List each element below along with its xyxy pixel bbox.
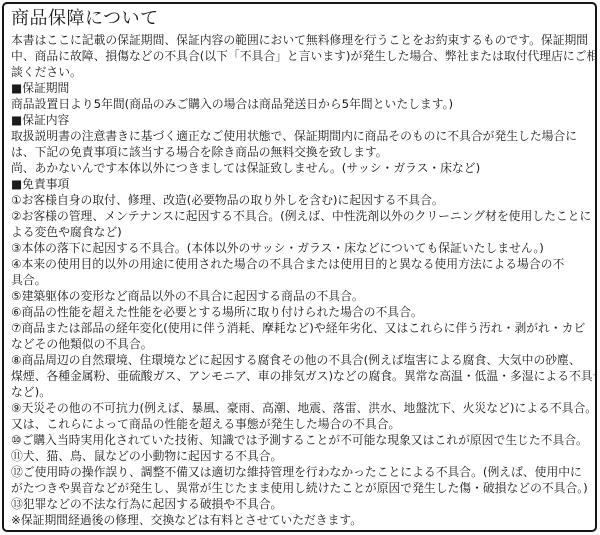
section-line: 煤煙、各種金属粉、亜硫酸ガス、アンモニア、車の排気ガス)などの腐食。異常な高温・… <box>11 368 589 384</box>
section-line: がたつきや異音などが発生し、異常が生じたまま使用し続けたことが原因で発生した傷・… <box>11 480 589 496</box>
intro-line: 中、商品に故障、損傷などの不具合(以下「不具合」と言います)が発生した場合、弊社… <box>11 48 589 64</box>
document-body: 本書はここに記載の保証期間、保証内容の範囲において無料修理を行うことをお約束する… <box>11 32 589 528</box>
section-line: ④本来の使用目的以外の用途に使用された場合の不具合または使用目的と異なる使用方法… <box>11 256 589 272</box>
warranty-document: 商品保障について 本書はここに記載の保証期間、保証内容の範囲において無料修理を行… <box>2 2 597 532</box>
section-line: ①お客様自身の取付、修理、改造(必要物品の取り外しを含む)に起因する不具合。 <box>11 192 589 208</box>
section-line: など)。 <box>11 384 589 400</box>
section-line: 又は、これらによって商品の性能を超える事態が発生した場合の不具合。 <box>11 416 589 432</box>
section-line: は、下記の免責事項に該当する場合を除き商品の無料交換を致します。 <box>11 144 589 160</box>
section-heading: ■保証内容 <box>11 112 589 128</box>
intro-line: 本書はここに記載の保証期間、保証内容の範囲において無料修理を行うことをお約束する… <box>11 32 589 48</box>
section-line: ②お客様の管理、メンテナンスに起因する不具合。(例えば、中性洗剤以外のクリーニン… <box>11 208 589 224</box>
section-line: ⑨天災その他の不可抗力(例えば、暴風、豪雨、高潮、地震、落雷、洪水、地盤沈下、火… <box>11 400 589 416</box>
section-line: 商品設置日より5年間(商品のみご購入の場合は商品発送日から5年間といたします。) <box>11 96 589 112</box>
intro-line: 談ください。 <box>11 64 589 80</box>
document-title: 商品保障について <box>11 7 589 31</box>
footnote-line: ※保証期間経過後の修理、交換などは有料とさせていただきます。 <box>11 512 589 528</box>
section-line: 尚、あかないんです本体以外につきましては保証致しません。(サッシ・ガラス・床など… <box>11 160 589 176</box>
section-line: ⑫ご使用時の操作誤り、調整不備又は適切な維持管理を行わなかったことによる不具合。… <box>11 464 589 480</box>
section-line: ⑦商品または部品の経年変化(使用に伴う消耗、摩耗など)や経年劣化、又はこれらに伴… <box>11 320 589 336</box>
section-line: ③本体の落下に起因する不具合。(本体以外のサッシ・ガラス・床などについても保証い… <box>11 240 589 256</box>
section-line: ⑤建築躯体の変形など商品以外の不具合に起因する商品の不具合。 <box>11 288 589 304</box>
section-line: ⑩ご購入当時実用化されていた技術、知識では予測することが不可能な現象又はこれが原… <box>11 432 589 448</box>
section-line: ⑬犯罪などの不法な行為に起因する破損や不具合。 <box>11 496 589 512</box>
section-line: 具合。 <box>11 272 589 288</box>
section-line: 取扱説明書の注意書きに基づく適正なご使用状態で、保証期間内に商品そのものに不具合… <box>11 128 589 144</box>
section-line: ⑪犬、猫、鳥、鼠などの小動物に起因する不具合。 <box>11 448 589 464</box>
section-line: よる変色や腐食など) <box>11 224 589 240</box>
section-line: などその他類似の不具合。 <box>11 336 589 352</box>
section-line: ⑥商品の性能を超えた性能を必要とする場所に取り付けられた場合の不具合。 <box>11 304 589 320</box>
section-heading: ■免責事項 <box>11 176 589 192</box>
section-heading: ■保証期間 <box>11 80 589 96</box>
section-line: ⑧商品周辺の自然環境、住環境などに起因する腐食その他の不具合(例えば塩害による腐… <box>11 352 589 368</box>
